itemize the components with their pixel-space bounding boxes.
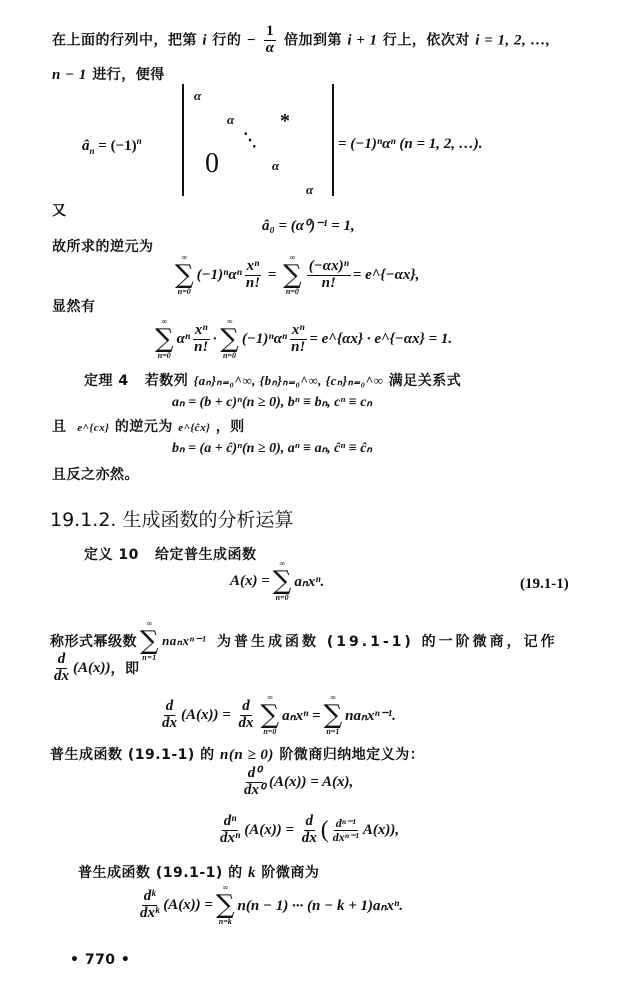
text: 且 <box>52 419 67 435</box>
paragraph-line: 普生成函数 (19.1-1) 的 k 阶微商为 <box>78 862 319 882</box>
math-expr: n(n ≥ 0) <box>220 747 274 763</box>
det-entry: α <box>227 112 234 128</box>
numerator: xⁿ <box>245 259 262 276</box>
numerator: dⁿ <box>222 814 239 831</box>
math-expr: (A(x)) = <box>163 897 213 914</box>
determinant-left-bar <box>182 84 184 196</box>
text: 称形式幂级数 <box>50 631 137 651</box>
lower-limit: n=0 <box>286 288 299 296</box>
math-expr: e^{cx} <box>77 422 109 434</box>
fraction: dᵏdxᵏ <box>138 889 161 922</box>
numerator: d <box>240 699 252 716</box>
math-expr: αⁿ <box>177 331 191 348</box>
sum-symbol: ∞∑n=0 <box>175 254 194 296</box>
numerator: d <box>164 699 176 716</box>
math-expr: naₙxⁿ⁻¹ <box>162 633 206 649</box>
denominator: dxⁿ⁻¹ <box>331 831 361 844</box>
denominator: dxᵏ <box>138 906 161 922</box>
text: 满足关系式 <box>389 373 462 389</box>
paragraph-line: 普生成函数 (19.1-1) 的 n(n ≥ 0) 阶微商归纳地定义为： <box>50 744 424 764</box>
sum-symbol: ∞∑n=0 <box>273 560 292 602</box>
sum-symbol: ∞∑n=k <box>216 884 235 926</box>
text: 普生成函数 (19.1-1) 的 <box>50 747 215 763</box>
text-xianran: 显然有 <box>52 296 96 316</box>
sum-symbol: ∞∑n=0 <box>261 694 280 736</box>
math-expr: (−1)ⁿαⁿ <box>242 331 287 348</box>
text-fanzhi: 且反之亦然。 <box>52 464 139 484</box>
minus-sign: − <box>247 32 257 48</box>
equation-definition: A(x) = ∞∑n=0 aₙxⁿ. <box>230 560 324 602</box>
numerator: (−αx)ⁿ <box>307 259 351 276</box>
theorem-equation-2: bₙ = (a + ĉ)ⁿ(n ≥ 0), aⁿ ≡ aₙ, ĉⁿ ≡ ĉₙ <box>172 440 372 457</box>
fraction: d⁰dx⁰ <box>242 766 267 799</box>
math-var: â <box>82 138 90 154</box>
text: ，即 <box>111 658 140 678</box>
equation-tag: (19.1-1) <box>520 576 569 593</box>
lower-limit: n=1 <box>326 728 339 736</box>
numerator: d <box>304 814 316 831</box>
text: ，则 <box>216 419 245 435</box>
math-expr: e^{ĉx} <box>178 422 210 434</box>
fraction: (−αx)ⁿn! <box>307 259 351 292</box>
text: 普生成函数 (19.1-1) 的 <box>78 865 243 881</box>
math-expr: = e^{−αx}, <box>353 267 420 284</box>
definition-label: 定义 10 <box>84 547 139 563</box>
paragraph-line: 在上面的行列中，把第 i 行的 − 1α 倍加到第 i + 1 行上，依次对 i… <box>52 24 550 57</box>
det-entry: α <box>272 158 279 174</box>
numerator: d⁰ <box>246 766 264 783</box>
equation-dn: dⁿdxⁿ (A(x)) = ddx ( dⁿ⁻¹dxⁿ⁻¹ A(x)), <box>216 814 399 847</box>
equation-inverse: ∞∑n=0 (−1)ⁿαⁿ xⁿn! = ∞∑n=0 (−αx)ⁿn! = e^… <box>172 254 419 296</box>
numerator: d <box>56 652 68 669</box>
math-expr: (A(x)) = <box>181 707 231 724</box>
text: 若数列 <box>145 373 189 389</box>
denominator: dx⁰ <box>242 783 267 799</box>
paragraph-line: n − 1 进行，便得 <box>52 64 165 84</box>
text-you: 又 <box>52 200 67 220</box>
numerator: dᵏ <box>142 889 158 906</box>
math-expr: aₙxⁿ. <box>294 572 324 591</box>
fraction: dⁿ⁻¹dxⁿ⁻¹ <box>331 817 361 843</box>
math-expr: (A(x)) = A(x), <box>269 774 353 791</box>
paragraph-line: 且 e^{cx} 的逆元为 e^{ĉx} ，则 <box>52 416 245 436</box>
det-entry: 0 <box>205 148 219 180</box>
det-entry: α <box>194 88 201 104</box>
fraction: ddx <box>300 814 319 847</box>
equation-d0: d⁰dx⁰ (A(x)) = A(x), <box>240 766 353 799</box>
math-expr: n(n − 1) ··· (n − k + 1)aₙxⁿ. <box>238 896 403 915</box>
math-expr: = e^{αx} · e^{−αx} = 1. <box>309 331 452 348</box>
math-expr: (−1)ⁿαⁿ <box>197 267 242 284</box>
math-expr: n − 1 <box>52 67 87 83</box>
paragraph-line: ddx (A(x)) ，即 <box>50 652 140 685</box>
equation-dk: dᵏdxᵏ (A(x)) = ∞∑n=k n(n − 1) ··· (n − k… <box>136 884 403 926</box>
fraction: ddx <box>160 699 179 732</box>
lower-limit: n=1 <box>142 654 157 662</box>
lower-limit: n=0 <box>223 352 236 360</box>
theorem-equation-1: aₙ = (b + c)ⁿ(n ≥ 0), bⁿ ≡ bₙ, cⁿ ≡ cₙ <box>172 394 372 411</box>
denominator: n! <box>244 276 262 292</box>
numerator: 1 <box>264 24 276 41</box>
theorem-4: 定理 4 若数列 {aₙ}ₙ₌₀^∞, {bₙ}ₙ₌₀^∞, {cₙ}ₙ₌₀^∞… <box>84 370 461 390</box>
denominator: dx <box>160 716 179 732</box>
sum-symbol: ∞∑n=1 <box>324 694 343 736</box>
numerator: xⁿ <box>290 323 307 340</box>
numerator: xⁿ <box>193 323 210 340</box>
math-expr: i = 1, 2, …, <box>475 32 550 48</box>
equation-derivative: ddx (A(x)) = ddx ∞∑n=0 aₙxⁿ = ∞∑n=1 naₙx… <box>158 694 396 736</box>
math-expr: naₙxⁿ⁻¹. <box>345 706 396 725</box>
text: 为普生成函数 (19.1-1) 的一阶微商，记作 <box>217 631 558 651</box>
lower-limit: n=k <box>219 918 232 926</box>
determinant-right-bar <box>332 84 334 196</box>
math-var: k <box>248 865 256 881</box>
math-var: i <box>202 32 207 48</box>
sum-symbol: ∞∑n=0 <box>155 318 174 360</box>
superscript: n <box>137 136 142 146</box>
numerator: dⁿ⁻¹ <box>334 817 358 831</box>
determinant-lhs: ân = (−1)n <box>82 136 142 156</box>
lower-limit: n=0 <box>158 352 171 360</box>
math-expr: i + 1 <box>347 32 377 48</box>
lower-limit: n=0 <box>263 728 276 736</box>
text: 行上，依次对 <box>383 32 470 48</box>
sum-symbol: ∞∑n=1 <box>140 620 159 662</box>
math-expr: A(x) = <box>230 573 270 590</box>
text: 阶微商归纳地定义为： <box>279 747 424 763</box>
dot-operator: · <box>212 331 217 348</box>
fraction: ddx <box>237 699 256 732</box>
fraction: ddx <box>52 652 71 685</box>
lower-limit: n=0 <box>276 594 289 602</box>
text: 在上面的行列中，把第 <box>52 32 197 48</box>
fraction: xⁿn! <box>289 323 307 356</box>
denominator: dx <box>52 669 71 685</box>
fraction: 1α <box>264 24 277 57</box>
math-expr: aₙxⁿ = <box>282 706 321 725</box>
sum-symbol: ∞∑n=0 <box>283 254 302 296</box>
section-heading: 19.1.2. 生成函数的分析运算 <box>50 505 294 532</box>
fraction: xⁿn! <box>192 323 210 356</box>
fraction: xⁿn! <box>244 259 262 292</box>
math-expr: A(x)), <box>363 822 399 839</box>
text-gusuo: 故所求的逆元为 <box>52 236 154 256</box>
text: 阶微商为 <box>261 865 319 881</box>
math-expr: {aₙ}ₙ₌₀^∞, {bₙ}ₙ₌₀^∞, {cₙ}ₙ₌₀^∞ <box>194 373 384 388</box>
math-expr: = (−1) <box>95 138 137 154</box>
equation-product: ∞∑n=0 αⁿ xⁿn! · ∞∑n=0 (−1)ⁿαⁿ xⁿn! = e^{… <box>152 318 452 360</box>
lower-limit: n=0 <box>178 288 191 296</box>
denominator: dx <box>237 716 256 732</box>
determinant-rhs: = (−1)ⁿαⁿ (n = 1, 2, …). <box>338 136 483 153</box>
text: 进行，便得 <box>92 67 165 83</box>
theorem-label: 定理 4 <box>84 373 129 389</box>
denominator: α <box>264 41 277 57</box>
det-entry-ellipsis: ⋱ <box>240 129 259 151</box>
text: 的逆元为 <box>115 419 173 435</box>
denominator: n! <box>289 340 307 356</box>
denominator: dx <box>300 831 319 847</box>
det-entry: * <box>280 110 290 133</box>
equation-a0: â₀ = (α⁰)⁻¹ = 1, <box>262 216 355 235</box>
math-expr: (A(x)) = <box>244 822 294 839</box>
math-expr: (A(x)) <box>73 660 111 677</box>
denominator: dxⁿ <box>218 831 242 847</box>
denominator: n! <box>320 276 338 292</box>
det-entry: α <box>306 182 313 198</box>
text: 行的 <box>212 32 241 48</box>
sum-symbol: ∞∑n=0 <box>220 318 239 360</box>
fraction: dⁿdxⁿ <box>218 814 242 847</box>
text: 倍加到第 <box>284 32 342 48</box>
denominator: n! <box>192 340 210 356</box>
page-number: • 770 • <box>70 952 130 968</box>
